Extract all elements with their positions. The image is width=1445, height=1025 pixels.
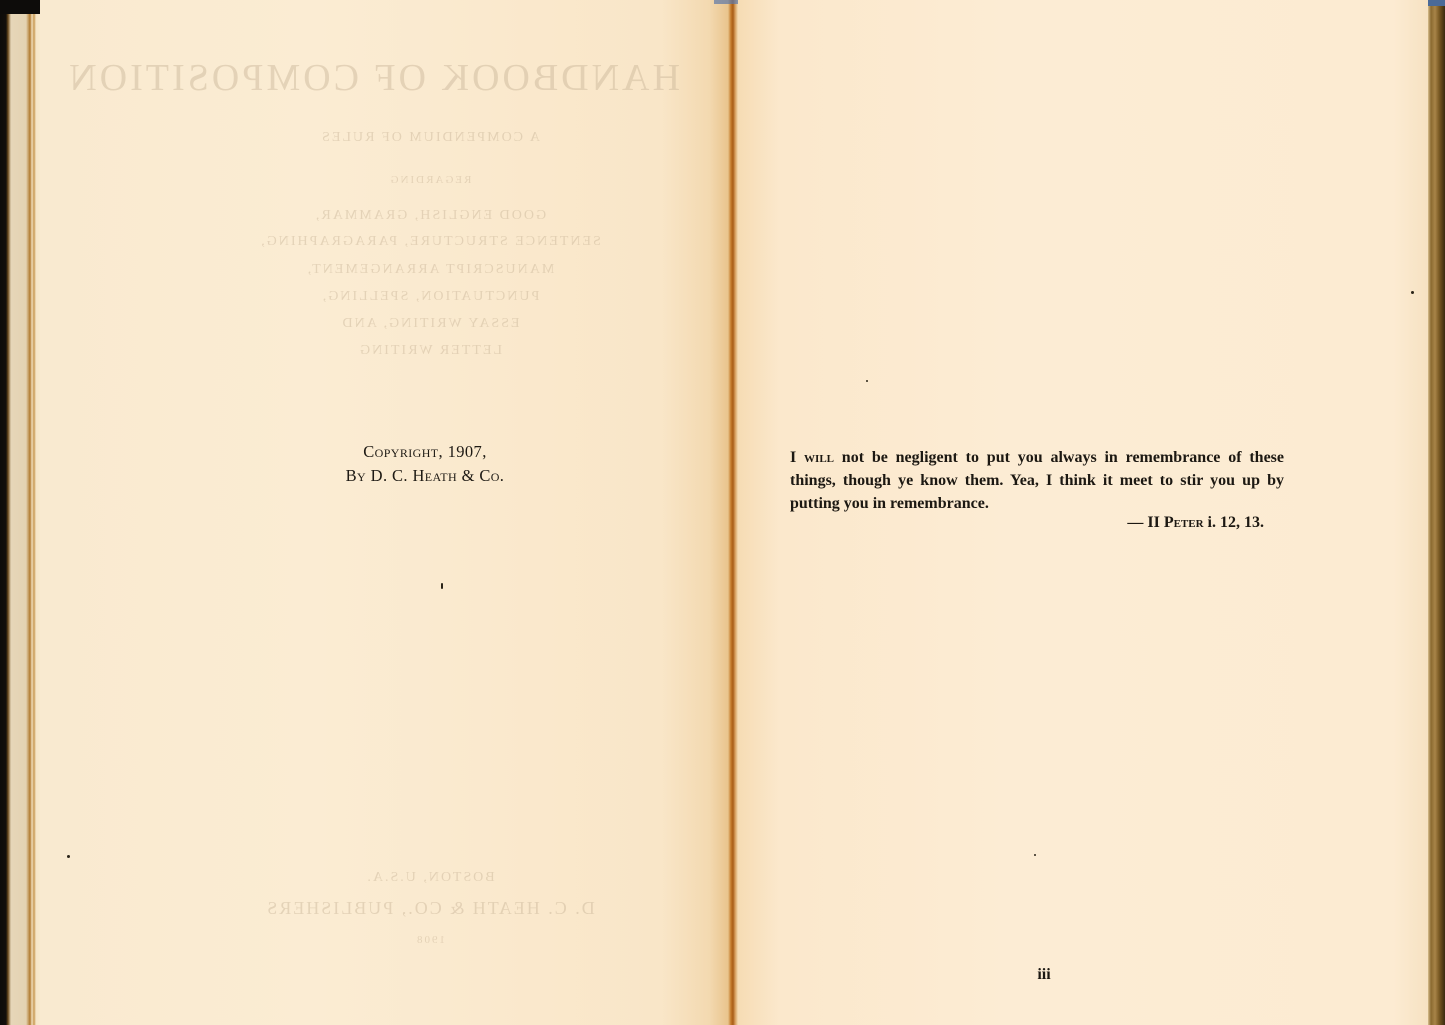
left-cover-edge	[0, 0, 40, 1025]
citation-dash: — II	[1127, 514, 1163, 531]
epigraph-citation: — II Peter i. 12, 13.	[790, 514, 1264, 532]
scan-speck	[441, 583, 443, 589]
copyright-line: Copyright, 1907,	[260, 440, 590, 464]
book-gutter	[728, 0, 738, 1025]
book-spread: HANDBOOK OF COMPOSITION A COMPENDIUM OF …	[0, 0, 1445, 1025]
epigraph: I will not be negligent to put you alway…	[790, 446, 1284, 515]
copyright-notice: Copyright, 1907, By D. C. Heath & Co.	[260, 440, 590, 488]
epigraph-text: not be negligent to put you always in re…	[790, 449, 1284, 512]
epigraph-lead: I will	[790, 449, 834, 466]
publisher-line: By D. C. Heath & Co.	[260, 464, 590, 488]
scan-speck	[866, 380, 868, 382]
citation-book: Peter	[1164, 514, 1204, 531]
right-cover-edge	[1428, 0, 1445, 1025]
scan-speck	[1411, 291, 1414, 294]
left-page	[40, 0, 730, 1025]
page-number: iii	[1022, 966, 1066, 984]
scan-speck	[67, 855, 70, 858]
citation-ref: i. 12, 13.	[1204, 514, 1264, 531]
scan-speck	[1034, 854, 1036, 856]
